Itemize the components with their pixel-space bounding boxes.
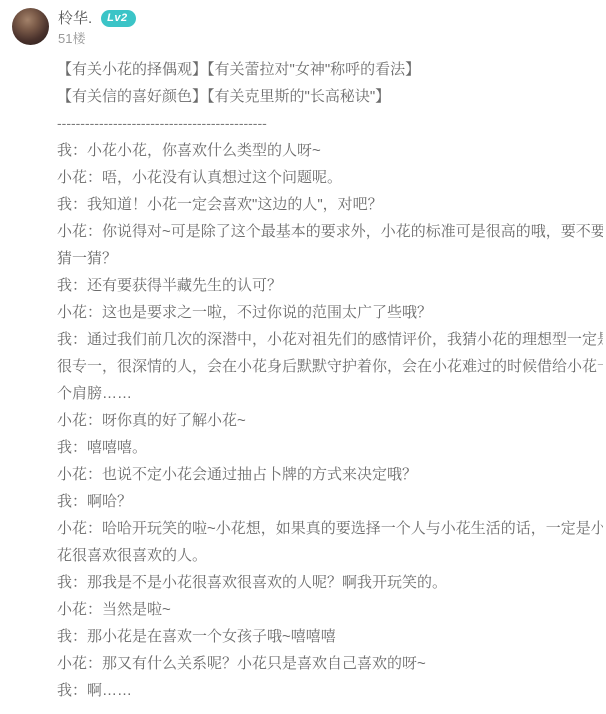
- dialogue-line: 我：我知道！小花一定会喜欢"这边的人"，对吧？: [57, 191, 603, 218]
- dialogue-line: 花很喜欢很喜欢的人。: [57, 542, 603, 569]
- dialogue-line: 我：啊哈？: [57, 488, 603, 515]
- dialogue-line: 我：通过我们前几次的深潜中，小花对祖先们的感情评价，我猜小花的理想型一定是: [57, 326, 603, 353]
- dialogue-line: 小花：当然是啦~: [57, 596, 603, 623]
- dialogue-line: 小花：也说不定小花会通过抽占卜牌的方式来决定哦？: [57, 461, 603, 488]
- post-topic-line: 【有关信的喜好颜色】【有关克里斯的"长高秘诀"】: [57, 83, 603, 110]
- dialogue-line: 小花：你说得对~可是除了这个最基本的要求外，小花的标准可是很高的哦，要不要: [57, 218, 603, 245]
- post-header: 柃华. Lv2 51楼: [12, 8, 136, 46]
- post-content: 【有关小花的择偶观】【有关蕾拉对"女神"称呼的看法】 【有关信的喜好颜色】【有关…: [57, 56, 603, 704]
- dialogue-line: 我：小花小花，你喜欢什么类型的人呀~: [57, 137, 603, 164]
- forum-post: 柃华. Lv2 51楼 【有关小花的择偶观】【有关蕾拉对"女神"称呼的看法】 【…: [0, 0, 606, 714]
- separator-line: ----------------------------------------…: [57, 110, 603, 137]
- dialogue-line: 小花：那又有什么关系呢？小花只是喜欢自己喜欢的呀~: [57, 650, 603, 677]
- dialogue-line: 小花：这也是要求之一啦，不过你说的范围太广了些哦？: [57, 299, 603, 326]
- post-topic-line: 【有关小花的择偶观】【有关蕾拉对"女神"称呼的看法】: [57, 56, 603, 83]
- level-badge: Lv2: [101, 10, 135, 27]
- dialogue-line: 我：啊……: [57, 677, 603, 704]
- author-meta: 柃华. Lv2 51楼: [58, 8, 136, 46]
- dialogue-line: 我：还有要获得半藏先生的认可？: [57, 272, 603, 299]
- dialogue-line: 很专一，很深情的人，会在小花身后默默守护着你，会在小花难过的时候借给小花一: [57, 353, 603, 380]
- dialogue-line: 我：那小花是在喜欢一个女孩子哦~嘻嘻嘻: [57, 623, 603, 650]
- dialogue-line: 小花：唔，小花没有认真想过这个问题呢。: [57, 164, 603, 191]
- dialogue-line: 猜一猜？: [57, 245, 603, 272]
- dialogue-line: 我：嘻嘻嘻。: [57, 434, 603, 461]
- avatar[interactable]: [12, 8, 49, 45]
- dialogue-line: 小花：哈哈开玩笑的啦~小花想，如果真的要选择一个人与小花生活的话，一定是小: [57, 515, 603, 542]
- dialogue-line: 个肩膀……: [57, 380, 603, 407]
- dialogue-line: 我：那我是不是小花很喜欢很喜欢的人呢？啊我开玩笑的。: [57, 569, 603, 596]
- dialogue-line: 小花：呀你真的好了解小花~: [57, 407, 603, 434]
- username[interactable]: 柃华.: [58, 10, 92, 27]
- floor-number: 51楼: [58, 31, 136, 46]
